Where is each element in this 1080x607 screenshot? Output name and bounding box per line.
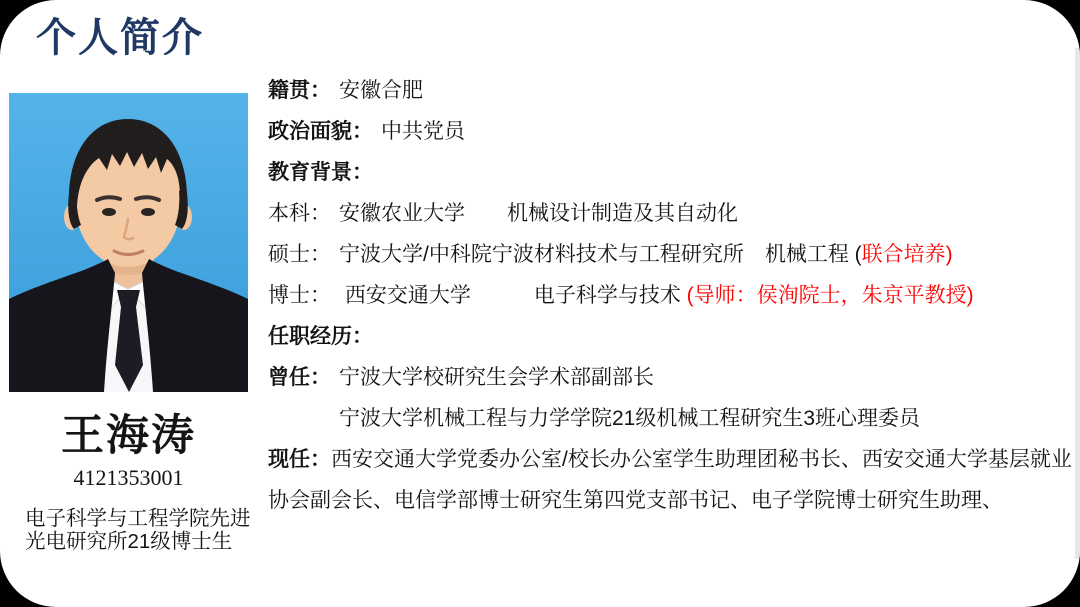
current-value-line1: 西安交通大学党委办公室/校长办公室学生助理团秘书长、西安交通大学基层就业 [331, 448, 1072, 471]
master-value: 宁波大学/中科院宁波材料技术与工程研究所 机械工程 [339, 243, 855, 266]
eye-right [141, 208, 155, 216]
hometown-label: 籍贯： [268, 79, 331, 102]
master-paren: ( [855, 243, 862, 266]
affiliation-text: 电子科学与工程学院先进光电研究所21级博士生 [25, 507, 259, 553]
info-line-hometown: 籍贯：安徽合肥 [268, 70, 1073, 111]
political-label: 政治面貌： [268, 120, 373, 143]
eye-left [102, 208, 116, 216]
experience-header-label: 任职经历： [268, 325, 373, 348]
former-value-1: 宁波大学校研究生会学术部副部长 [339, 366, 654, 389]
info-line-experience-header: 任职经历： [268, 316, 1073, 357]
student-id: 4121353001 [0, 464, 257, 492]
phd-highlight-red: (导师：侯洵院士，朱京平教授) [687, 284, 974, 307]
former-value-2: 宁波大学机械工程与力学学院21级机械工程研究生3班心理委员 [339, 407, 920, 430]
slide-card: 个人简介 [0, 0, 1080, 607]
page-title: 个人简介 [36, 12, 204, 64]
person-name: 王海涛 [0, 412, 257, 460]
id-photo [9, 93, 248, 392]
master-label: 硕士： [268, 243, 331, 266]
political-value: 中共党员 [381, 120, 465, 143]
bachelor-label: 本科： [268, 202, 331, 225]
hometown-value: 安徽合肥 [339, 79, 423, 102]
portrait-illustration [9, 93, 248, 392]
info-line-political: 政治面貌：中共党员 [268, 111, 1073, 152]
right-edge-strip [1075, 48, 1080, 559]
info-line-current-1: 现任：西安交通大学党委办公室/校长办公室学生助理团秘书长、西安交通大学基层就业 [268, 439, 1073, 480]
phd-value: 西安交通大学 电子科学与技术 [339, 284, 687, 307]
tie-knot [117, 290, 140, 307]
master-highlight-red: 联合培养) [862, 243, 953, 266]
bachelor-value: 安徽农业大学 机械设计制造及其自动化 [339, 202, 738, 225]
info-line-former-2: 曾任：宁波大学机械工程与力学学院21级机械工程研究生3班心理委员 [268, 398, 1073, 439]
info-line-education-header: 教育背景： [268, 152, 1073, 193]
former-label: 曾任： [268, 366, 331, 389]
info-line-bachelor: 本科：安徽农业大学 机械设计制造及其自动化 [268, 193, 1073, 234]
profile-details: 籍贯：安徽合肥 政治面貌：中共党员 教育背景： 本科：安徽农业大学 机械设计制造… [268, 70, 1073, 521]
info-line-phd: 博士： 西安交通大学 电子科学与技术 (导师：侯洵院士，朱京平教授) [268, 275, 1073, 316]
current-label: 现任： [268, 448, 331, 471]
info-line-former-1: 曾任：宁波大学校研究生会学术部副部长 [268, 357, 1073, 398]
info-line-current-2: 协会副会长、电信学部博士研究生第四党支部书记、电子学院博士研究生助理、 [268, 480, 1073, 521]
education-header-label: 教育背景： [268, 161, 373, 184]
current-value-line2: 协会副会长、电信学部博士研究生第四党支部书记、电子学院博士研究生助理、 [268, 489, 1003, 512]
phd-label: 博士： [268, 284, 331, 307]
info-line-master: 硕士：宁波大学/中科院宁波材料技术与工程研究所 机械工程 (联合培养) [268, 234, 1073, 275]
